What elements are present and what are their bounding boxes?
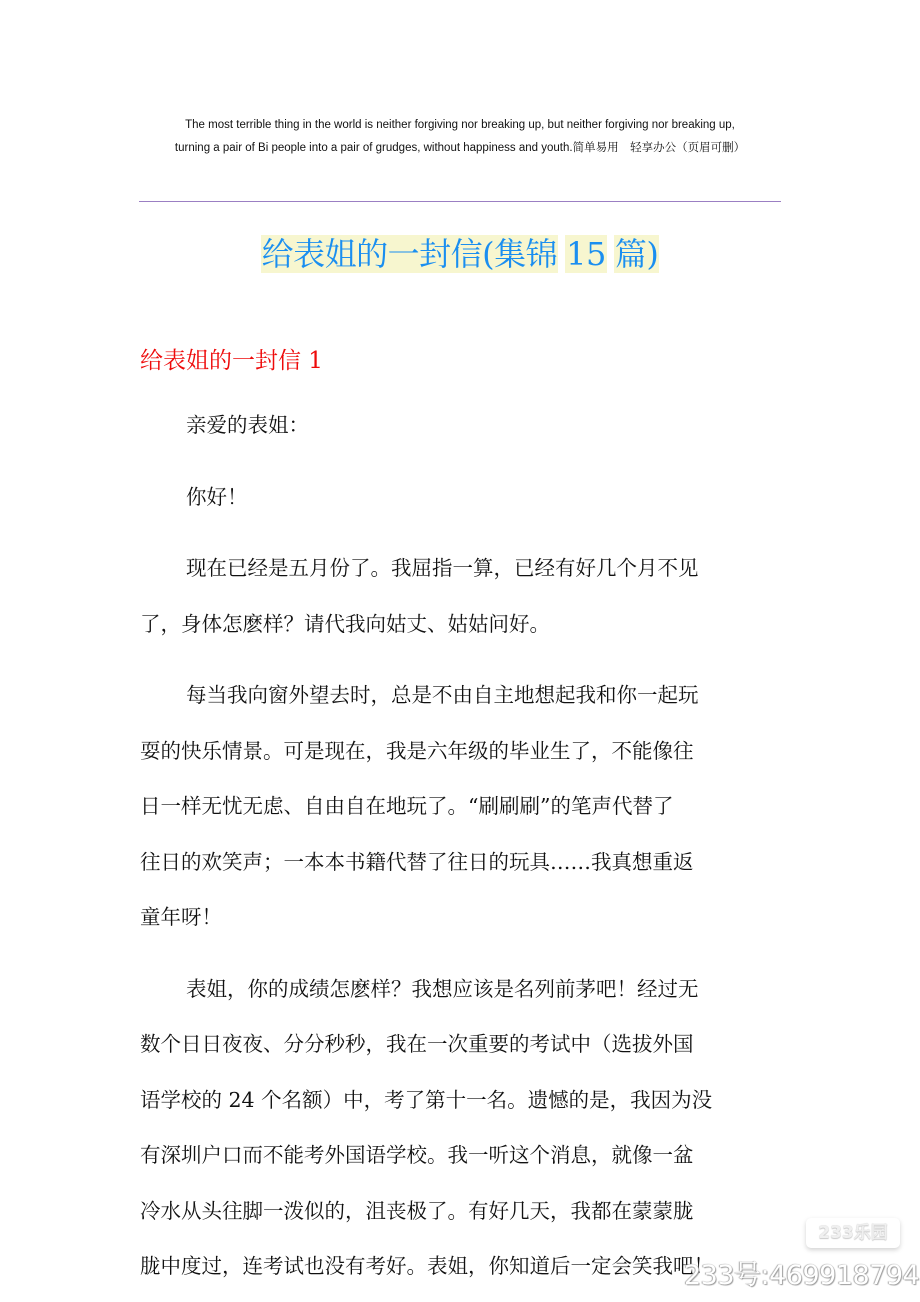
title-count: 15 (565, 235, 607, 273)
paragraph-line: 现在已经是五月份了。我屈指一算，已经有好几个月不见 (140, 551, 780, 591)
header-divider (139, 201, 781, 202)
title-suffix: 篇) (614, 235, 660, 273)
document-title: 给表姐的一封信(集锦15篇) (0, 232, 920, 276)
header-line: The most terrible thing in the world is … (130, 114, 790, 137)
greeting: 你好！ (140, 480, 780, 520)
section-heading: 给表姐的一封信 1 (140, 343, 323, 379)
salutation: 亲爱的表姐： (140, 408, 780, 448)
paragraph-line: 有深圳户口而不能考外国语学校。我一听这个消息，就像一盆 (140, 1138, 780, 1178)
watermark-logo: 233乐园 (806, 1218, 900, 1248)
paragraph: 现在已经是五月份了。我屈指一算，已经有好几个月不见 了，身体怎麽样？请代我向姑丈… (140, 551, 780, 646)
paragraph-line: 耍的快乐情景。可是现在，我是六年级的毕业生了，不能像往 (140, 734, 780, 774)
paragraph-line: 日一样无忧无虑、自由自在地玩了。“刷刷刷”的笔声代替了 (140, 789, 780, 829)
paragraph-line: 冷水从头往脚一泼似的，沮丧极了。有好几天，我都在蒙蒙胧 (140, 1194, 780, 1234)
watermark-id: 233号:469918794 (684, 1256, 904, 1296)
paragraph-line: 童年呀！ (140, 900, 780, 940)
paragraph-line: 每当我向窗外望去时，总是不由自主地想起我和你一起玩 (140, 678, 780, 718)
paragraph-line: 了，身体怎麽样？请代我向姑丈、姑姑问好。 (140, 607, 780, 647)
paragraph-line: 往日的欢笑声；一本本书籍代替了往日的玩具……我真想重返 (140, 845, 780, 885)
paragraph: 每当我向窗外望去时，总是不由自主地想起我和你一起玩 耍的快乐情景。可是现在，我是… (140, 678, 780, 940)
paragraph-line: 语学校的 24 个名额）中，考了第十一名。遗憾的是，我因为没 (140, 1083, 780, 1123)
page-header: The most terrible thing in the world is … (130, 114, 790, 160)
paragraph-line: 数个日日夜夜、分分秒秒，我在一次重要的考试中（选拔外国 (140, 1027, 780, 1067)
paragraph-line: 表姐，你的成绩怎麽样？我想应该是名列前茅吧！经过无 (140, 972, 780, 1012)
paragraph: 表姐，你的成绩怎麽样？我想应该是名列前茅吧！经过无 数个日日夜夜、分分秒秒，我在… (140, 972, 780, 1289)
letter-body: 亲爱的表姐： 你好！ 现在已经是五月份了。我屈指一算，已经有好几个月不见 了，身… (140, 408, 780, 1289)
header-line: turning a pair of Bi people into a pair … (130, 137, 790, 160)
title-text: 给表姐的一封信(集锦 (261, 235, 559, 273)
